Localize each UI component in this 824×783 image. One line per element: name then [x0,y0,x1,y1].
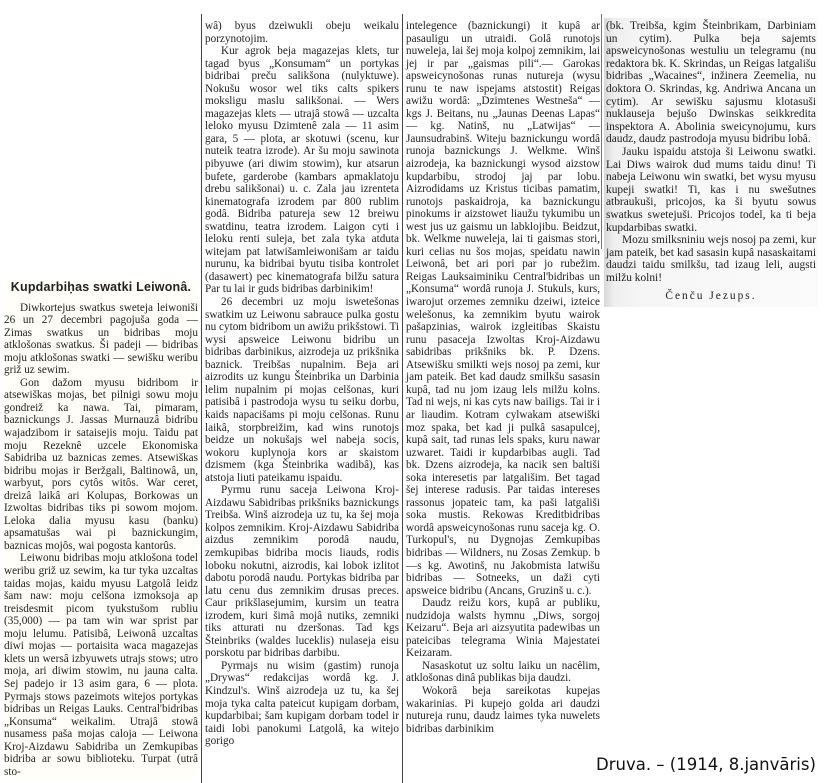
paragraph: Wokorâ beja sareikotas kupejas wakarinia… [406,685,600,735]
paragraph: wâ) byus dzeiwukli obeju weikalu porzyno… [205,20,399,45]
paragraph: 26 decembri uz moju iswetešonas swatkim … [205,296,399,484]
paragraph: Nasaskotut uz soltu laiku un nacêlim, at… [406,660,600,685]
paragraph: Leiwonu bidribas moju atklošona todel we… [4,552,198,778]
paragraph: Gon dažom myusu bidribom ir atsewiškas m… [4,377,198,553]
paragraph: intelegence (baznickungi) it kupâ ar pas… [406,20,600,597]
article-headline: Kupdarbiḥas swatki Leiwonâ. [4,281,198,294]
column-divider [402,14,403,783]
column-divider [601,14,602,249]
article-column-3: intelegence (baznickungi) it kupâ ar pas… [406,20,600,735]
paragraph: Kur agrok beja magazejas klets, tur taga… [205,45,399,296]
paragraph: Jauku ispaidu atstoja ši Leiwonu swatki.… [606,146,816,234]
source-caption: Druva. – (1914, 8.janvāris) [596,755,816,774]
author-signature: Čenču Jezups. [606,290,816,303]
article-column-2: wâ) byus dzeiwukli obeju weikalu porzyno… [205,20,399,748]
paragraph: Mozu smilksniniu wejs nosoj pa zemi, kur… [606,234,816,284]
article-column-1: Kupdarbiḥas swatki Leiwonâ. Diwkortejus … [4,281,198,778]
paragraph: Pyrmajs nu wisim (gastim) runoja „Drywas… [205,660,399,748]
paragraph: Pyrmu runu saceja Leiwona Kroj-Aizdawu S… [205,484,399,660]
column-divider [201,14,202,783]
article-column-4: (bk. Treibša, kgim Šteinbrikam, Darbinia… [604,18,818,307]
paragraph: (bk. Treibša, kgim Šteinbrikam, Darbinia… [606,20,816,146]
paragraph: Daudz reižu kors, kupâ ar publiku, nudzi… [406,597,600,660]
paragraph: Diwkortejus swatkus sweteja leiwoniši 26… [4,302,198,377]
